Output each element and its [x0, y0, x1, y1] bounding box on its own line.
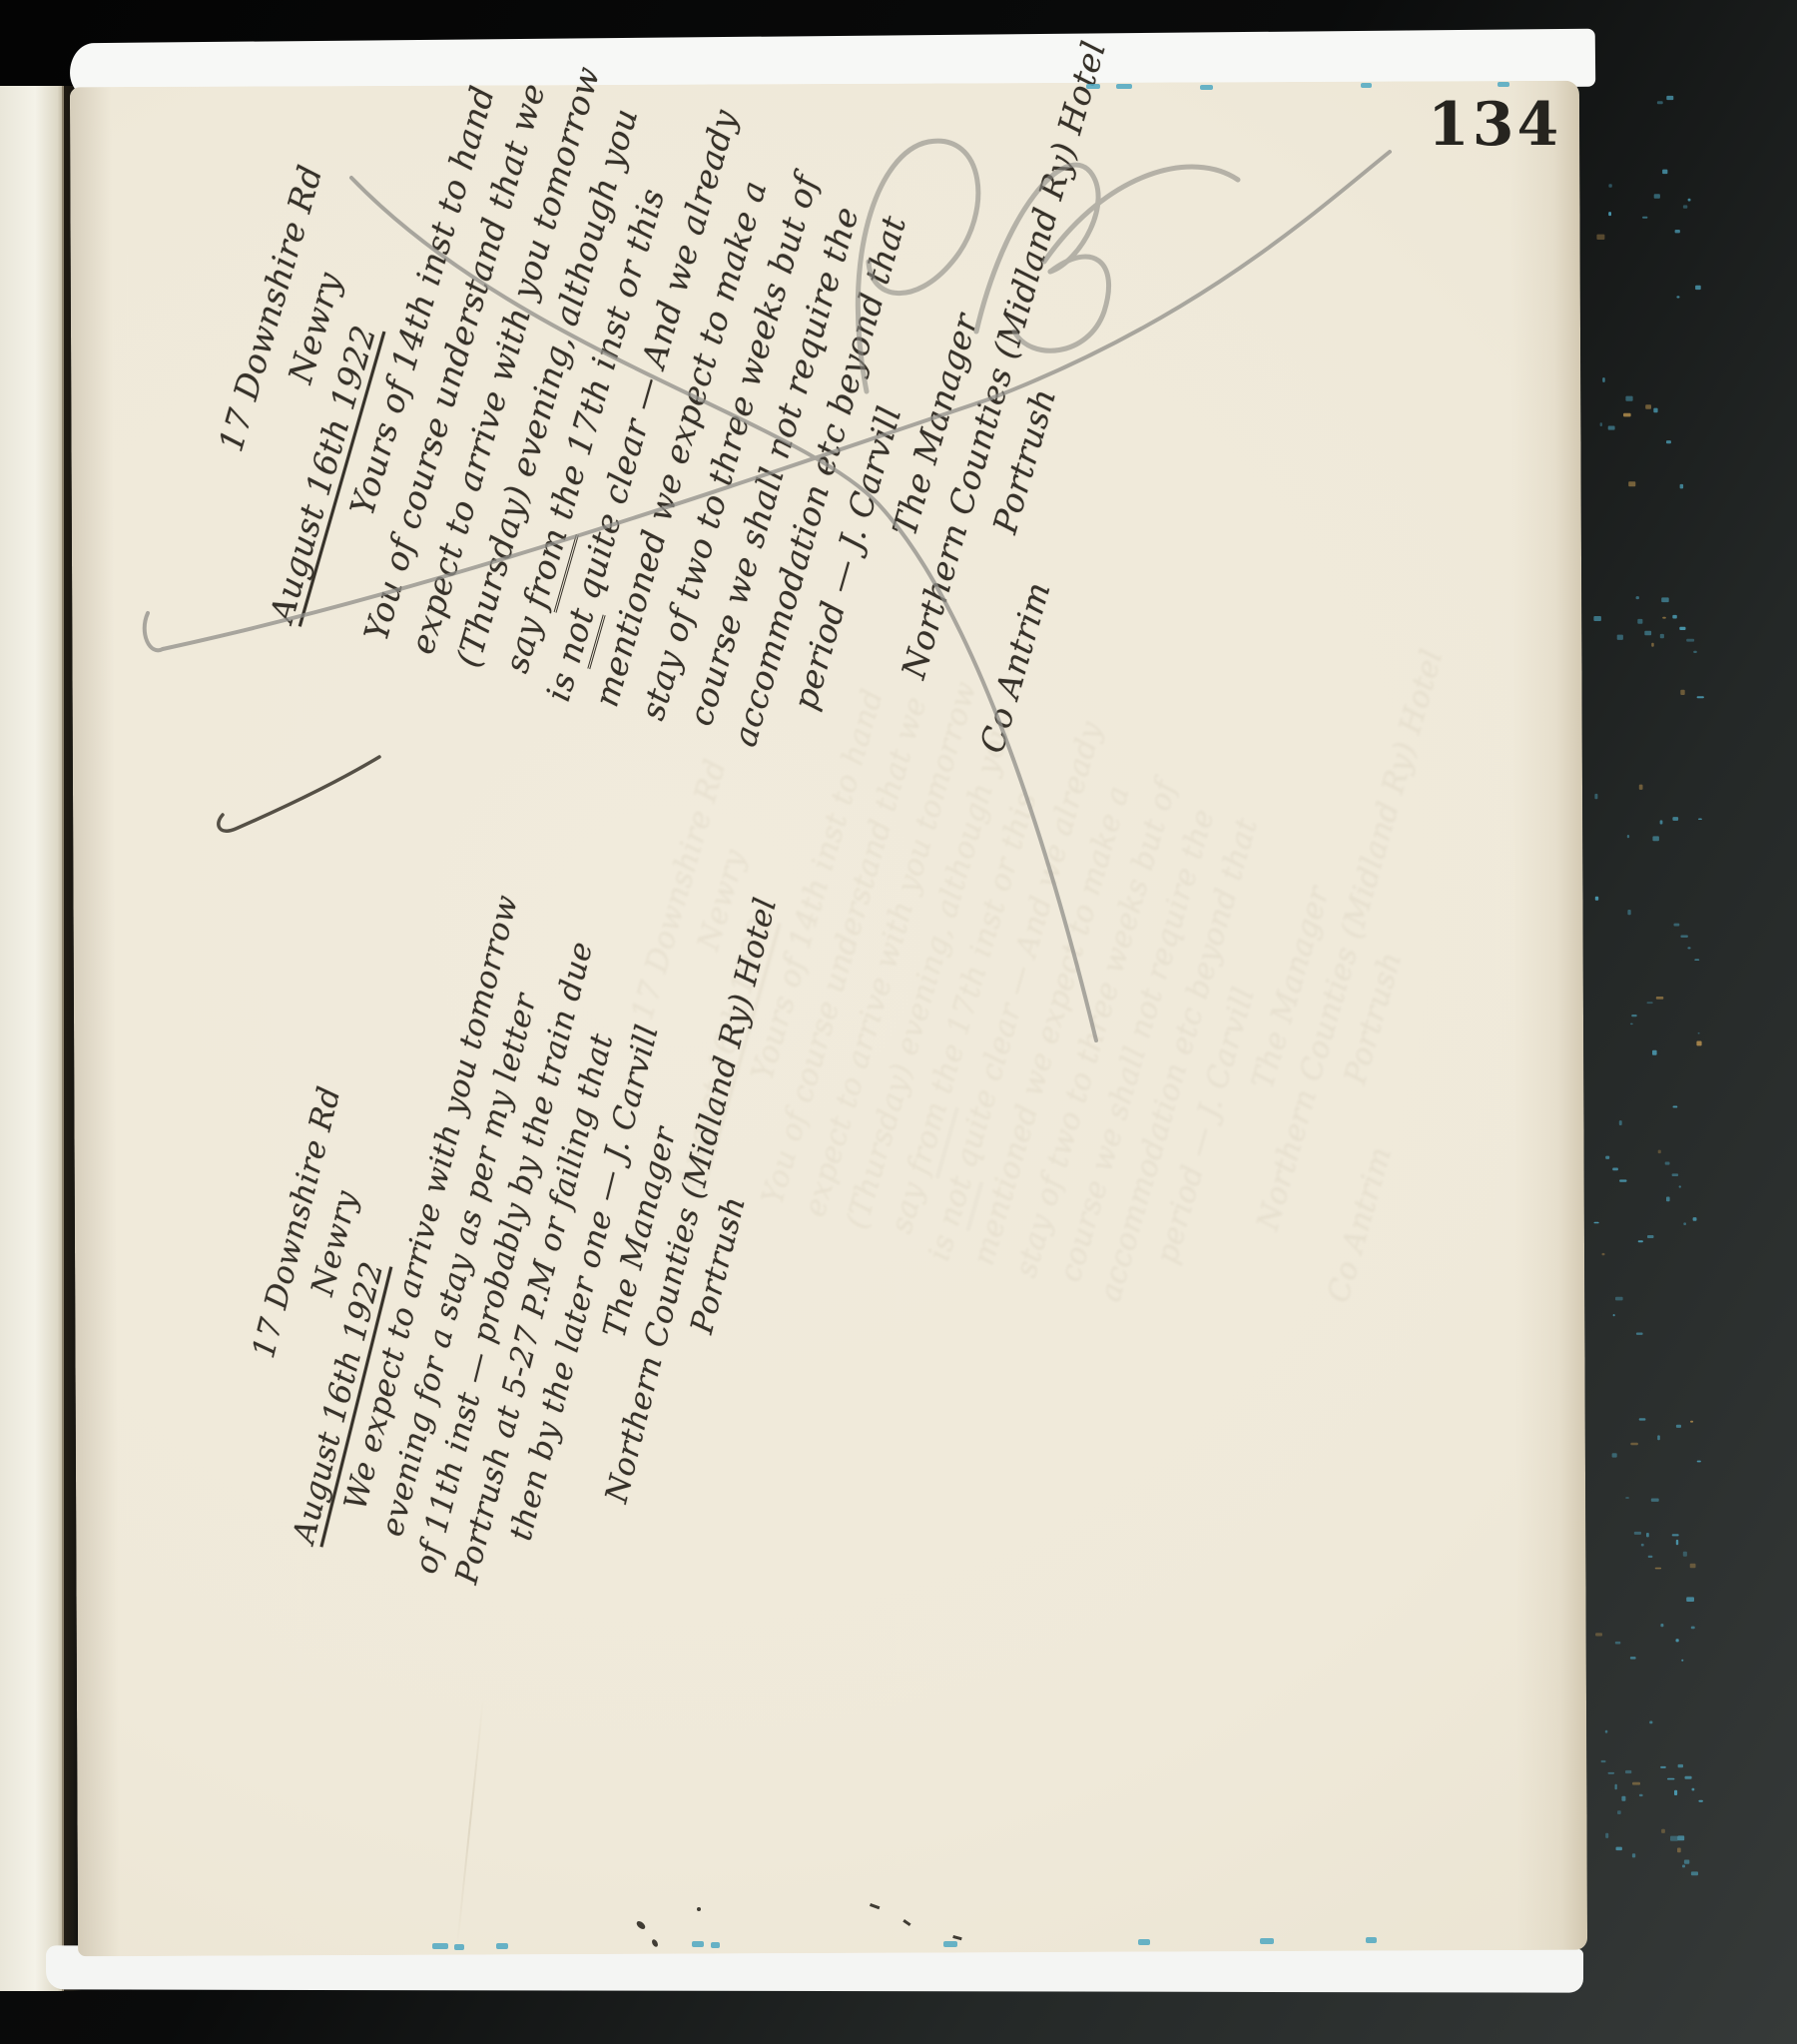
- letter-line: Northern Counties (Midland Ry) Hotel: [894, 37, 1113, 683]
- letter-line: Northern Counties (Midland Ry) Hotel: [599, 894, 785, 1506]
- letter-line: Co Antrim: [972, 577, 1058, 757]
- letterbook-photo: 134 17 Downshire RdNewryAugust 16th 1922…: [0, 0, 1797, 2044]
- letter-line: Northern Counties (Midland Ry) Hotel: [1251, 645, 1451, 1234]
- page-edge-stack: [1581, 78, 1711, 1951]
- page-number: 134: [1428, 90, 1561, 160]
- previous-page-sliver: [0, 86, 64, 1991]
- letter-line: Co Antrim: [1321, 1143, 1399, 1307]
